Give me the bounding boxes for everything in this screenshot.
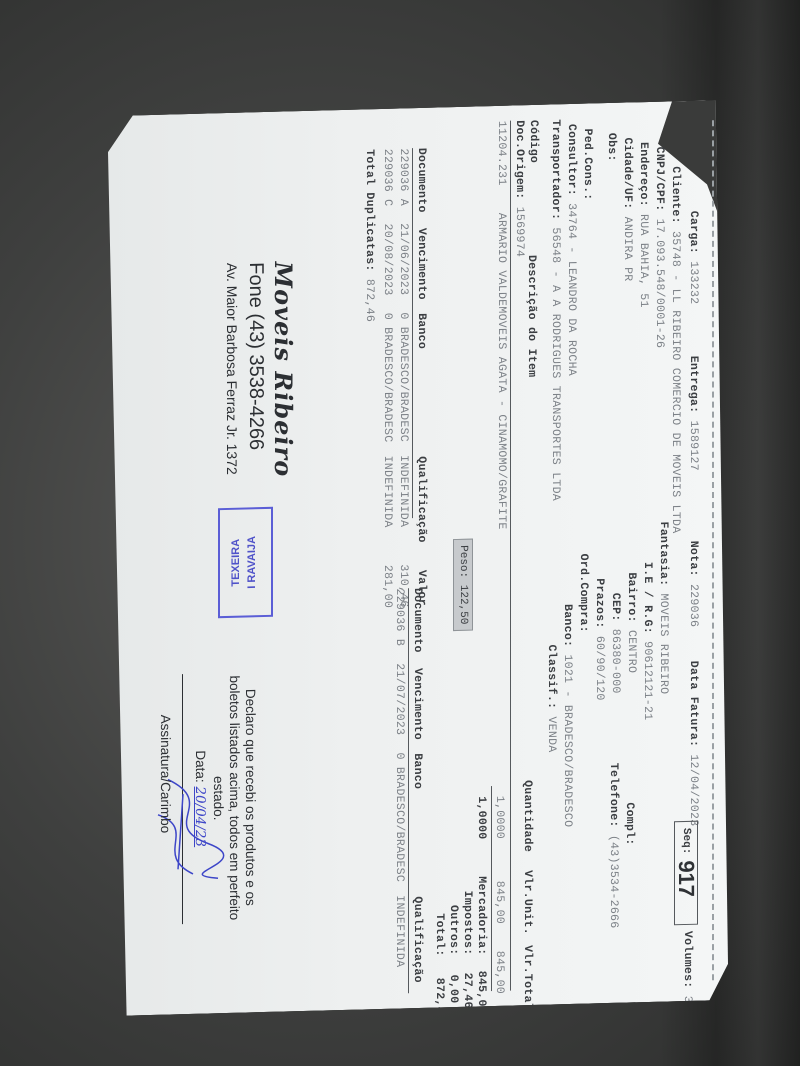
duplicata-row: 229036 C 20/08/2023 0 BRADESCO/BRADESC I… [381, 149, 394, 609]
fantasia-field: Fantasia: MOVEIS RIBEIRO [657, 521, 670, 694]
signature-label: Assinatura/Carimbo [158, 714, 173, 833]
items-header-rule [510, 121, 511, 991]
ie-rg-field: I.E / R.G: 90612121-21 [641, 562, 654, 721]
classif-field: Classif.: VENDA [545, 644, 558, 752]
endereco-field: Endereço: RUA BAHIA, 51 [637, 142, 650, 308]
col-vlr-unit: Vlr.Unit. [521, 870, 534, 935]
total-duplicatas: Total Duplicatas: 872,46 [363, 149, 376, 322]
obs-field: Obs: [605, 133, 618, 162]
mercadoria-field: Mercadoria: 845,00 [475, 876, 488, 1014]
brand-address: Av. Maior Barbosa Ferraz Jr. 1372 [224, 263, 240, 479]
duplicatas-left-rule [412, 148, 413, 518]
item-vlr-unit: 845,00 [493, 881, 506, 925]
outros-field: Outros: 0,00 [447, 905, 460, 1004]
prazos-field: Prazos: 60/90/120 [593, 578, 606, 701]
brand-phone: Fone (43) 3538-4266 [244, 262, 267, 478]
nota-field: Nota: 229036 [687, 541, 700, 628]
item-vlr-total: 845,00 [493, 951, 506, 995]
ink-stamp: TEXEIRA I RAVAIJA [218, 507, 273, 618]
business-card-stamp: Moveis Ribeiro Fone (43) 3538-4266 Av. M… [224, 261, 298, 479]
impostos-field: Impostos: 27,46 [461, 891, 474, 1009]
invoice-paper: Carga: 133232 Entrega: 1589127 Nota: 229… [108, 100, 728, 1016]
compl-field: Compl: [623, 802, 636, 846]
quantidade-total: 1,0000 [475, 796, 488, 840]
consultor-field: Consultor: 34764 - LEANDRO DA ROCHA [565, 124, 578, 376]
bairro-field: Bairro: CENTRO [625, 572, 638, 673]
transportador-field: Transportador: 56548 - A A RODRIGUES TRA… [549, 119, 562, 501]
peso-box: Peso: 122,50 [453, 539, 473, 632]
total-field: Total: 872,46 [433, 913, 446, 1021]
volumes-field: Volumes: 3 [681, 931, 694, 1003]
duplicatas-header-right: Documento Vencimento Banco Qualificação … [411, 588, 424, 1066]
doc-origem-field: Doc.Origem: 1569974 [513, 120, 526, 257]
duplicatas-right-rule [408, 588, 409, 993]
duplicata-row: 229036 B 21/07/2023 0 BRADESCO/BRADESC I… [393, 588, 406, 1066]
col-quantidade: Quantidade [521, 780, 534, 852]
cnpj-field: CNPJ/CPF: 17.093.548/0001-26 [653, 147, 666, 349]
col-vlr-total: Vlr.Total [521, 945, 534, 1010]
invoice-photo: Carga: 133232 Entrega: 1589127 Nota: 229… [108, 108, 728, 1008]
carga-field: Carga: 133232 [687, 211, 700, 305]
telefone-field: Telefone: (43)3534-2666 [607, 763, 620, 929]
cliente-field: Cliente: 35748 - LL RIBEIRO COMERCIO DE … [669, 166, 682, 534]
data-fatura-field: Data Fatura: 12/04/2023 [687, 661, 700, 827]
duplicatas-header-left: Documento Vencimento Banco Qualificação … [415, 148, 428, 606]
col-descricao: Descrição do Item [525, 255, 538, 378]
col-codigo: Código [527, 120, 540, 164]
ped-cons-field: Ped.Cons.: [581, 128, 594, 200]
entrega-field: Entrega: 1589127 [687, 356, 700, 472]
brand-logo: Moveis Ribeiro [269, 261, 298, 477]
table-row: 11204.231 ARMARIO VALDEMOVEIS AGATA - CI… [495, 121, 508, 530]
duplicata-row: 229036 A 21/06/2023 0 BRADESCO/BRADESC I… [397, 148, 410, 608]
ord-compra-field: Ord.Compra: [577, 553, 590, 633]
totals-rule [491, 786, 492, 991]
item-quantidade: 1,0000 [493, 796, 506, 840]
seq-box: Seq: 917 [674, 821, 698, 926]
banco-field: Banco: 1021 - BRADESCO/BRADESCO [561, 604, 574, 828]
cidade-field: Cidade/UF: ANDIRA PR [621, 137, 634, 281]
cep-field: CEP: 86380-000 [609, 593, 622, 694]
perforation-line [712, 120, 714, 980]
